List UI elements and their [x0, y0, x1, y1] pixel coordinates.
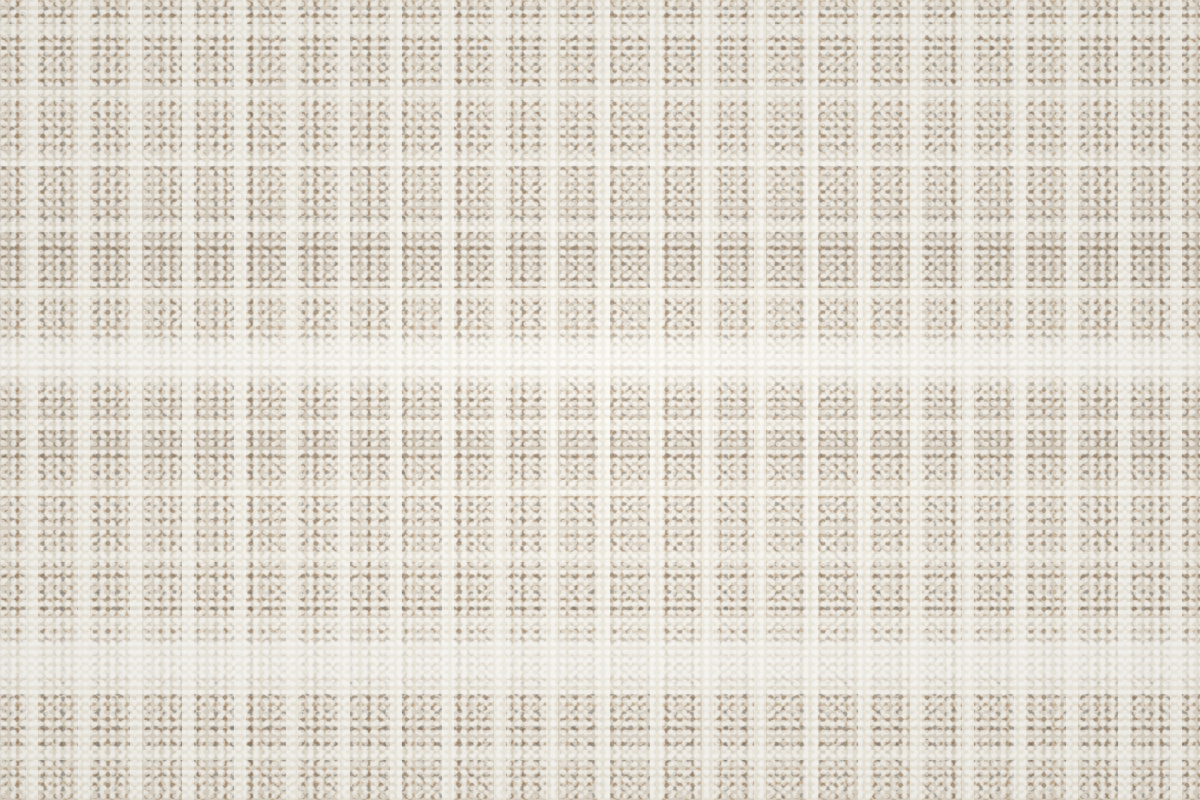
- soft-shading: [0, 0, 1200, 800]
- rug-texture-photo: [0, 0, 1200, 800]
